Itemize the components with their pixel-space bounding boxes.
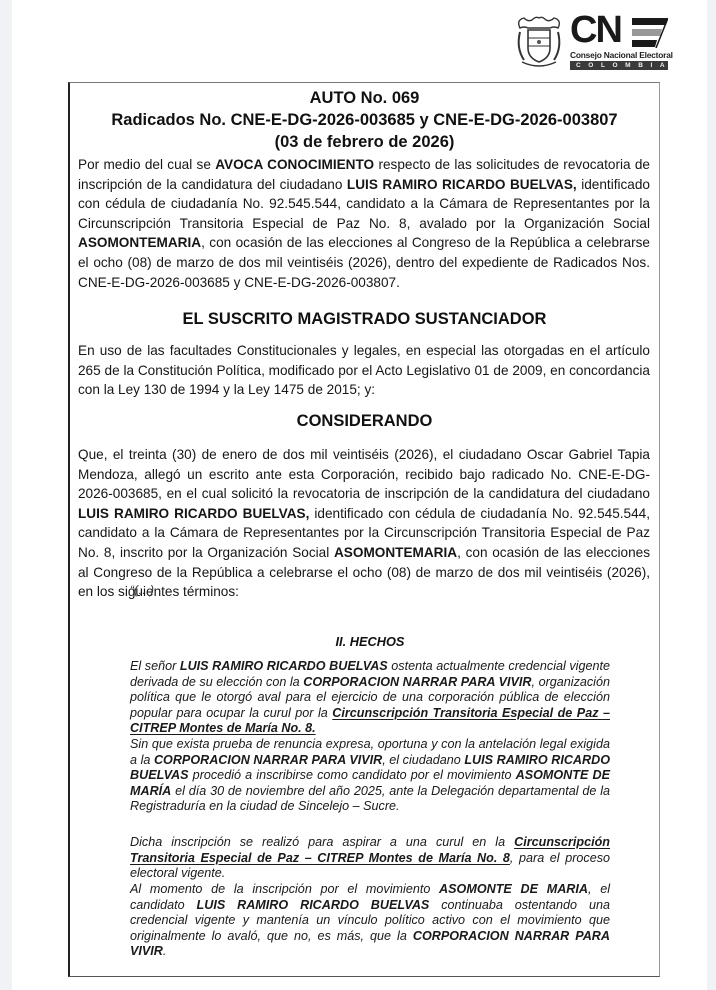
cne-country: COLOMBIA: [570, 61, 668, 70]
magistrado-title: EL SUSCRITO MAGISTRADO SUSTANCIADOR: [70, 310, 659, 329]
document-frame: AUTO No. 069 Radicados No. CNE-E-DG-2026…: [68, 82, 660, 977]
colombia-coat-of-arms-icon: [514, 14, 564, 70]
cne-acronym: CN: [570, 10, 621, 50]
cne-stripes-icon: [632, 18, 668, 48]
considerando-paragraph: Que, el treinta (30) de enero de dos mil…: [78, 445, 650, 602]
document-header: AUTO No. 069 Radicados No. CNE-E-DG-2026…: [70, 87, 659, 153]
quote-open-mark: “(…): [130, 583, 154, 597]
cne-wordmark: CN: [570, 14, 670, 48]
intro-paragraph: Por medio del cual se AVOCA CONOCIMIENTO…: [78, 155, 650, 292]
quote-paragraph-1: El señor LUIS RAMIRO RICARDO BUELVAS ost…: [130, 659, 610, 737]
cne-full-name: Consejo Nacional Electoral: [570, 50, 670, 60]
quote-paragraph-2: Sin que exista prueba de renuncia expres…: [130, 737, 610, 815]
cne-logo: CN Consejo Nacional Electoral COLOMBIA: [512, 12, 672, 70]
quote-paragraph-4: Al momento de la inscripción por el movi…: [130, 882, 610, 960]
considerando-title: CONSIDERANDO: [70, 412, 659, 431]
document-date: (03 de febrero de 2026): [70, 131, 659, 153]
magistrado-paragraph: En uso de las facultades Constitucionale…: [78, 341, 650, 400]
hechos-title: II. HECHOS: [130, 634, 610, 649]
radicados: Radicados No. CNE-E-DG-2026-003685 y CNE…: [70, 109, 659, 131]
quote-paragraph-3: Dicha inscripción se realizó para aspira…: [130, 835, 610, 882]
auto-number: AUTO No. 069: [70, 87, 659, 109]
document-page: CN Consejo Nacional Electoral COLOMBIA A…: [12, 0, 707, 990]
